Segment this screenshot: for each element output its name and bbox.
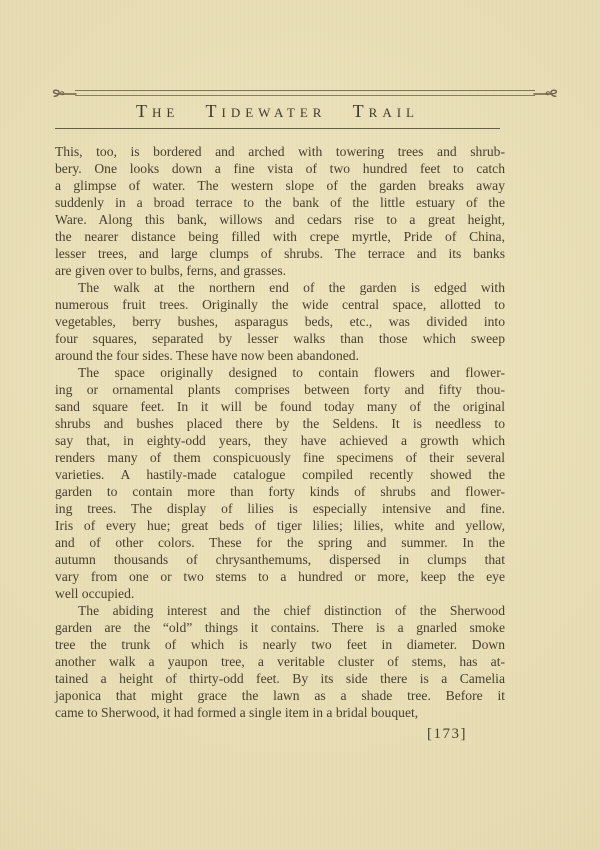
paragraph: The walk at the northern end of the gard… xyxy=(55,279,505,364)
text-line: Iris of every hue; great beds of tiger l… xyxy=(55,517,505,534)
text-line: varieties. A hastily-made catalogue comp… xyxy=(55,466,505,483)
text-line: garden to contain more than forty kinds … xyxy=(55,483,505,500)
text-line: are given over to bulbs, ferns, and gras… xyxy=(55,262,505,279)
text-line: sand square feet. In it will be found to… xyxy=(55,398,505,415)
text-line: ing trees. The display of lilies is espe… xyxy=(55,500,505,517)
text-line: The abiding interest and the chief disti… xyxy=(55,602,505,619)
text-line: a glimpse of water. The western slope of… xyxy=(55,177,505,194)
text-line: numerous fruit trees. Originally the wid… xyxy=(55,296,505,313)
text-line: renders many of them conspicuously fine … xyxy=(55,449,505,466)
text-line: This, too, is bordered and arched with t… xyxy=(55,143,505,160)
text-line: japonica that might grace the lawn as a … xyxy=(55,687,505,704)
text-line: the nearer distance being filled with cr… xyxy=(55,228,505,245)
text-line: say that, in eighty-odd years, they have… xyxy=(55,432,505,449)
text-line: shrubs and bushes placed there by the Se… xyxy=(55,415,505,432)
page-number: [173] xyxy=(427,726,467,743)
text-line: well occupied. xyxy=(55,585,505,602)
text-line: The walk at the northern end of the gard… xyxy=(55,279,505,296)
text-line: bery. One looks down a fine vista of two… xyxy=(55,160,505,177)
double-rule-line xyxy=(75,90,535,96)
ornamental-rule xyxy=(55,87,555,99)
text-line: tree the trunk of which is nearly two fe… xyxy=(55,636,505,653)
text-line: vegetables, berry bushes, asparagus beds… xyxy=(55,313,505,330)
text-line: another walk a yaupon tree, a veritable … xyxy=(55,653,505,670)
book-page: The Tidewater Trail This, too, is border… xyxy=(0,0,600,850)
text-line: around the four sides. These have now be… xyxy=(55,347,505,364)
text-line: Ware. Along this bank, willows and cedar… xyxy=(55,211,505,228)
title-underline xyxy=(55,128,500,129)
text-line: ing or ornamental plants comprises betwe… xyxy=(55,381,505,398)
page-title: The Tidewater Trail xyxy=(55,101,500,122)
text-line: The space originally designed to contain… xyxy=(55,364,505,381)
text-line: lesser trees, and large clumps of shrubs… xyxy=(55,245,505,262)
text-line: tained a height of thirty-odd feet. By i… xyxy=(55,670,505,687)
text-line: four squares, separated by lesser walks … xyxy=(55,330,505,347)
text-line: vary from one or two stems to a hundred … xyxy=(55,568,505,585)
text-line: suddenly in a broad terrace to the bank … xyxy=(55,194,505,211)
scroll-flourish-left-icon xyxy=(51,87,77,99)
paragraph: The abiding interest and the chief disti… xyxy=(55,602,505,721)
text-line: came to Sherwood, it had formed a single… xyxy=(55,704,505,721)
scroll-flourish-right-icon xyxy=(533,87,559,99)
text-line: garden are the “old” things it contains.… xyxy=(55,619,505,636)
paragraph: This, too, is bordered and arched with t… xyxy=(55,143,505,279)
paragraph: The space originally designed to contain… xyxy=(55,364,505,602)
text-line: and of other colors. These for the sprin… xyxy=(55,534,505,551)
text-line: autumn thousands of chrysanthemums, disp… xyxy=(55,551,505,568)
body-text: This, too, is bordered and arched with t… xyxy=(55,143,505,721)
